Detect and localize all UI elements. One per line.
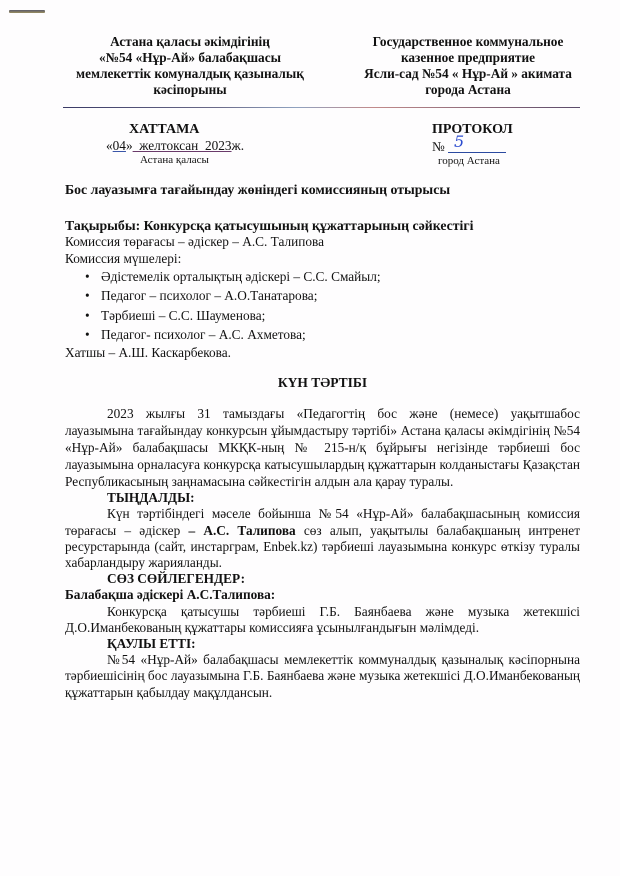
- member-item: Әдістемелік орталықтың әдіскері – С.С. С…: [101, 267, 580, 287]
- header-left-line: «№54 «Нұр-Ай» балабақшасы: [55, 50, 325, 66]
- header-russian-organization: Государственное коммунальное казенное пр…: [333, 34, 603, 98]
- agenda-text: 2023 жылғы 31 тамыздағы «Педагогтің бос …: [65, 405, 580, 490]
- speaker-text: Конкурсқа қатысушы тәрбиеші Г.Б. Баянбае…: [65, 604, 580, 636]
- date-suffix: ж.: [232, 138, 245, 153]
- speaker-name: Балабақша әдіскері А.С.Талипова:: [65, 587, 580, 603]
- agenda-heading: КҮН ТӘРТІБІ: [65, 375, 580, 391]
- header-left-line: кәсіпорыны: [55, 82, 325, 98]
- member-item: Педагог – психолог – А.О.Танатарова;: [101, 286, 580, 306]
- resolution-text: №54 «Нұр-Ай» балабақшасы мемлекеттік ком…: [65, 652, 580, 701]
- protocol-date: «04» желтоксан 2023ж.: [106, 138, 244, 154]
- header-kazakh-organization: Астана қаласы әкімдігінің «№54 «Нұр-Ай» …: [55, 34, 325, 98]
- protocol-kazakh-block: ХАТТАМА «04» желтоксан 2023ж. Астана қал…: [106, 122, 244, 167]
- header-divider: [63, 107, 580, 108]
- number-label: №: [432, 139, 445, 154]
- heard-heading: ТЫҢДАЛДЫ:: [65, 490, 580, 506]
- members-label: Комиссия мүшелері:: [65, 251, 580, 267]
- member-item: Тәрбиеші – С.С. Шауменова;: [101, 306, 580, 326]
- meeting-title: Бос лауазымға тағайындау жөніндегі комис…: [65, 182, 580, 198]
- secretary: Хатшы – А.Ш. Каскарбекова.: [65, 345, 580, 361]
- header-right-line: Государственное коммунальное: [333, 34, 603, 50]
- speakers-heading: СӨЗ СӨЙЛЕГЕНДЕР:: [65, 571, 580, 587]
- heard-chair-name: – А.С. Талипова: [188, 523, 295, 538]
- protocol-ru-title: ПРОТОКОЛ: [432, 122, 513, 138]
- date-day: 04: [113, 138, 126, 153]
- document-body: Бос лауазымға тағайындау жөніндегі комис…: [65, 182, 580, 701]
- meeting-subject: Тақырыбы: Конкурсқа қатысушының құжаттар…: [65, 218, 580, 234]
- date-open-quote: «: [106, 138, 113, 153]
- date-close-quote: »: [126, 138, 133, 153]
- heard-text: Күн тәртібіндегі мәселе бойынша №54 «Нұр…: [65, 506, 580, 571]
- scan-artifact: [9, 10, 45, 13]
- protocol-russian-block: ПРОТОКОЛ № 5 город Астана: [432, 122, 513, 168]
- protocol-number: № 5: [432, 138, 513, 155]
- header-left-line: Астана қаласы әкімдігінің: [55, 34, 325, 50]
- protocol-ru-city: город Астана: [432, 155, 513, 168]
- header-left-line: мемлекеттік комуналдық қазыналық: [55, 66, 325, 82]
- commission-chair: Комиссия төрағасы – әдіскер – А.С. Талип…: [65, 234, 580, 250]
- header-right-line: города Астана: [333, 82, 603, 98]
- date-month-year: желтоксан 2023: [133, 138, 232, 153]
- handwritten-number: 5: [454, 134, 464, 150]
- header-right-line: казенное предприятие: [333, 50, 603, 66]
- resolution-heading: ҚАУЛЫ ЕТТІ:: [65, 636, 580, 652]
- number-field: 5: [448, 138, 506, 153]
- protocol-kz-city: Астана қаласы: [106, 154, 244, 167]
- member-item: Педагог- психолог – А.С. Ахметова;: [101, 325, 580, 345]
- protocol-kz-title: ХАТТАМА: [106, 122, 244, 138]
- header-right-line: Ясли-сад №54 « Нұр-Ай » акимата: [333, 66, 603, 82]
- members-list: Әдістемелік орталықтың әдіскері – С.С. С…: [65, 267, 580, 345]
